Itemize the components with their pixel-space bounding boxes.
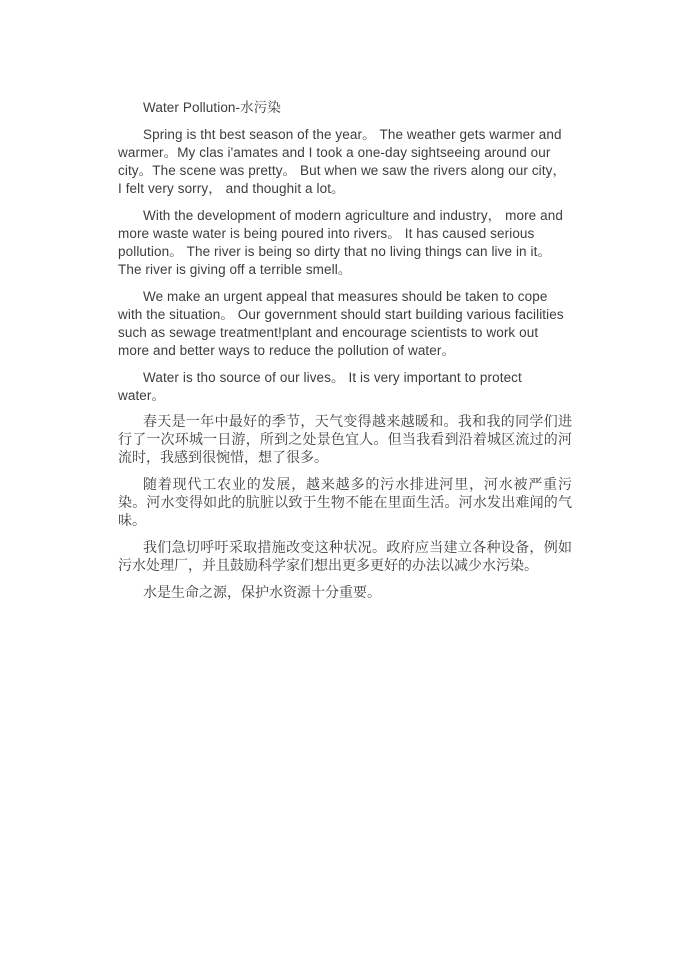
paragraph-cn-4: 水是生命之源，保护水资源十分重要。: [118, 585, 572, 603]
paragraph-cn-3: 我们急切呼吁采取措施改变这种状况。政府应当建立各种设备，例如污水处理厂，并且鼓励…: [118, 540, 572, 576]
paragraph-cn-1: 春天是一年中最好的季节，天气变得越来越暖和。我和我的同学们进行了一次环城一日游，…: [118, 414, 572, 468]
paragraph-cn-2: 随着现代工农业的发展，越来越多的污水排进河里，河水被严重污染。河水变得如此的肮脏…: [118, 477, 572, 531]
document-page: Water Pollution-水污染 Spring is tht best s…: [0, 0, 690, 976]
paragraph-en-4: Water is tho source of our lives。 It is …: [118, 369, 572, 405]
document-title: Water Pollution-水污染: [118, 99, 572, 117]
paragraph-en-1: Spring is tht best season of the year。 T…: [118, 126, 572, 198]
paragraph-en-2: With the development of modern agricultu…: [118, 207, 572, 279]
paragraph-en-3: We make an urgent appeal that measures s…: [118, 288, 572, 360]
